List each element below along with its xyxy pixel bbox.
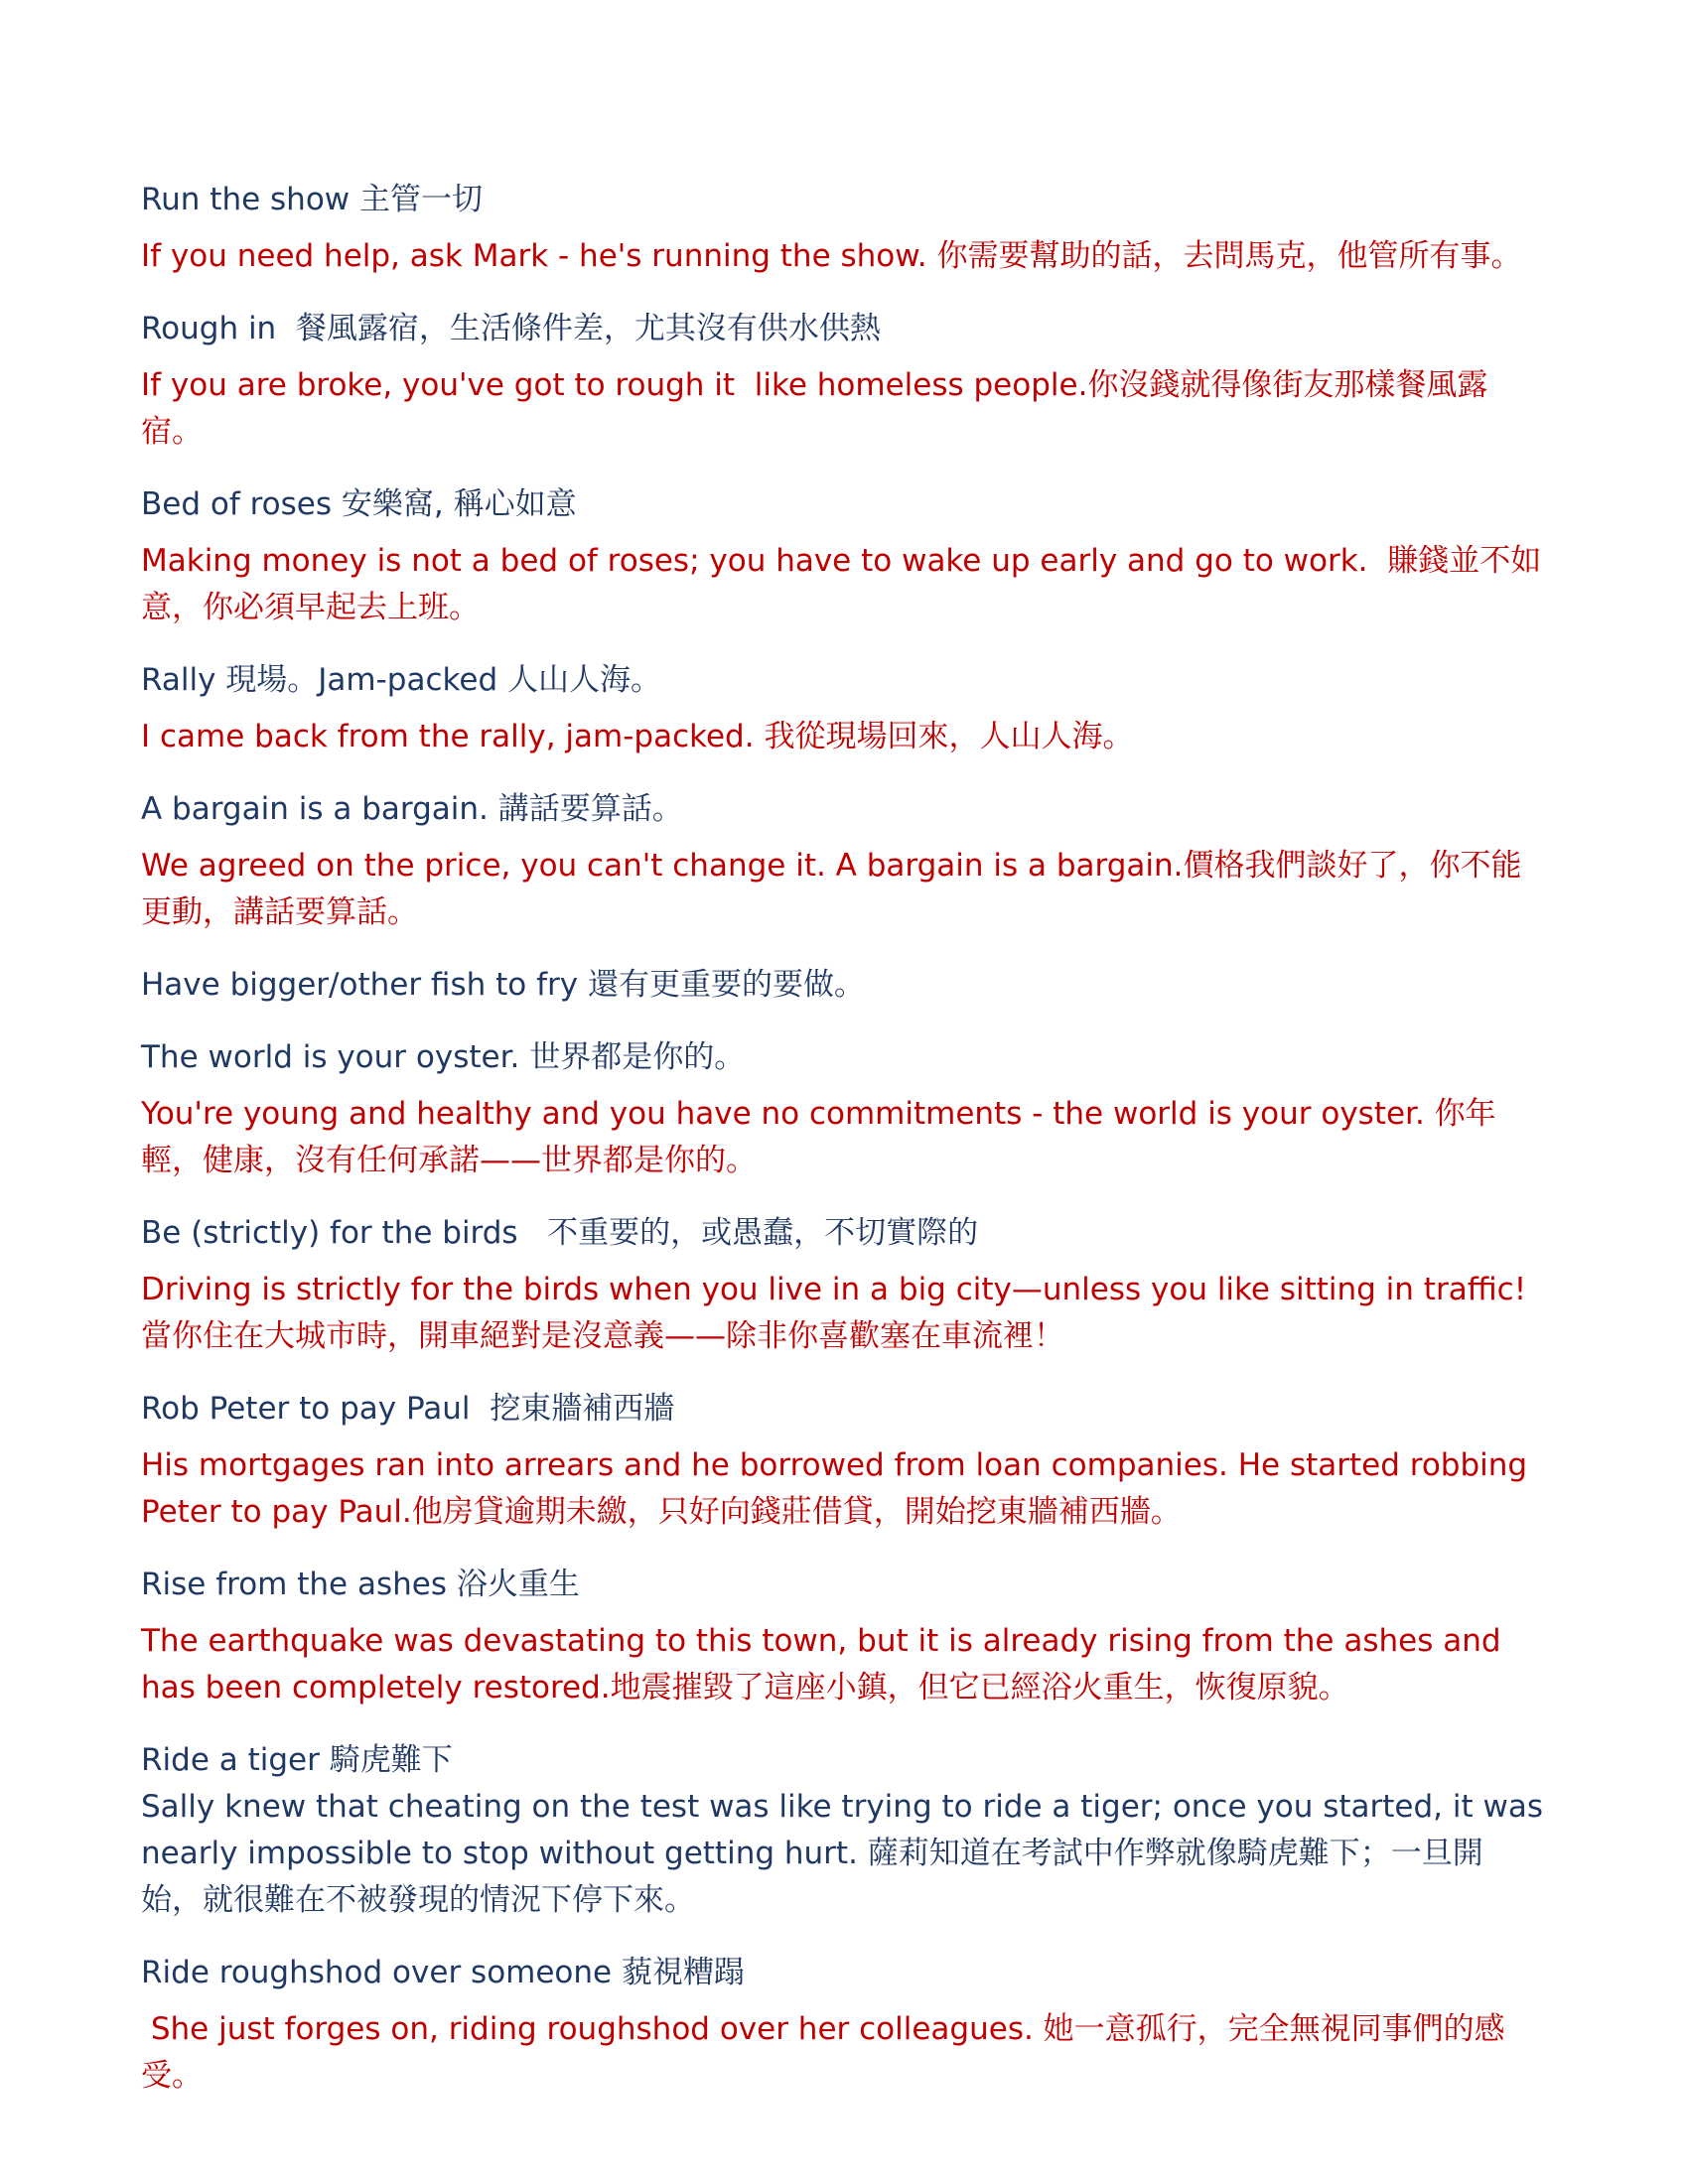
idiom-example: His mortgages ran into arrears and he bo… bbox=[141, 1442, 1544, 1536]
idiom-term: Be (strictly) for the birds 不重要的，或愚蠢，不切實… bbox=[141, 1210, 1544, 1257]
idiom-term: Rough in 餐風露宿，生活條件差，尤其沒有供水供熱 bbox=[141, 306, 1544, 352]
idiom-example: You're young and healthy and you have no… bbox=[141, 1091, 1544, 1184]
idiom-example: The earthquake was devastating to this t… bbox=[141, 1618, 1544, 1711]
idiom-term: Rise from the ashes 浴火重生 bbox=[141, 1562, 1544, 1608]
idiom-example: Making money is not a bed of roses; you … bbox=[141, 538, 1544, 631]
idiom-term: Have bigger/other fish to fry 還有更重要的要做。 bbox=[141, 962, 1544, 1009]
idiom-example: If you are broke, you've got to rough it… bbox=[141, 362, 1544, 456]
idiom-entry: Ride a tiger 騎虎難下Sally knew that cheatin… bbox=[141, 1737, 1544, 1924]
idiom-entry: Bed of roses 安樂窩, 稱心如意Making money is no… bbox=[141, 481, 1544, 631]
idiom-entry: Ride roughshod over someone 藐視糟蹋 She jus… bbox=[141, 1950, 1544, 2100]
idiom-example: If you need help, ask Mark - he's runnin… bbox=[141, 233, 1544, 280]
idiom-entry: Be (strictly) for the birds 不重要的，或愚蠢，不切實… bbox=[141, 1210, 1544, 1360]
idiom-entry: Have bigger/other fish to fry 還有更重要的要做。 bbox=[141, 962, 1544, 1009]
idiom-entry: Rough in 餐風露宿，生活條件差，尤其沒有供水供熱If you are b… bbox=[141, 306, 1544, 456]
idiom-term: Ride roughshod over someone 藐視糟蹋 bbox=[141, 1950, 1544, 1996]
idiom-entry: A bargain is a bargain. 講話要算話。We agreed … bbox=[141, 786, 1544, 936]
idiom-entry: Rally 現場。Jam-packed 人山人海。I came back fro… bbox=[141, 657, 1544, 760]
idiom-term: Rally 現場。Jam-packed 人山人海。 bbox=[141, 657, 1544, 704]
idiom-list: Run the show 主管一切If you need help, ask M… bbox=[141, 177, 1544, 2100]
idiom-entry: Run the show 主管一切If you need help, ask M… bbox=[141, 177, 1544, 280]
document-page: Run the show 主管一切If you need help, ask M… bbox=[0, 0, 1688, 2184]
idiom-term: Ride a tiger 騎虎難下 bbox=[141, 1737, 1544, 1784]
idiom-example: We agreed on the price, you can't change… bbox=[141, 843, 1544, 936]
idiom-example: I came back from the rally, jam-packed. … bbox=[141, 714, 1544, 760]
idiom-term: A bargain is a bargain. 講話要算話。 bbox=[141, 786, 1544, 833]
idiom-term: Rob Peter to pay Paul 挖東牆補西牆 bbox=[141, 1386, 1544, 1433]
idiom-term: Bed of roses 安樂窩, 稱心如意 bbox=[141, 481, 1544, 528]
idiom-term: Run the show 主管一切 bbox=[141, 177, 1544, 223]
idiom-example: Sally knew that cheating on the test was… bbox=[141, 1784, 1544, 1924]
idiom-term: The world is your oyster. 世界都是你的。 bbox=[141, 1034, 1544, 1081]
idiom-entry: Rob Peter to pay Paul 挖東牆補西牆His mortgage… bbox=[141, 1386, 1544, 1536]
idiom-entry: Rise from the ashes 浴火重生The earthquake w… bbox=[141, 1562, 1544, 1711]
idiom-entry: The world is your oyster. 世界都是你的。You're … bbox=[141, 1034, 1544, 1184]
idiom-example: Driving is strictly for the birds when y… bbox=[141, 1267, 1544, 1360]
idiom-example: She just forges on, riding roughshod ove… bbox=[141, 2006, 1544, 2100]
